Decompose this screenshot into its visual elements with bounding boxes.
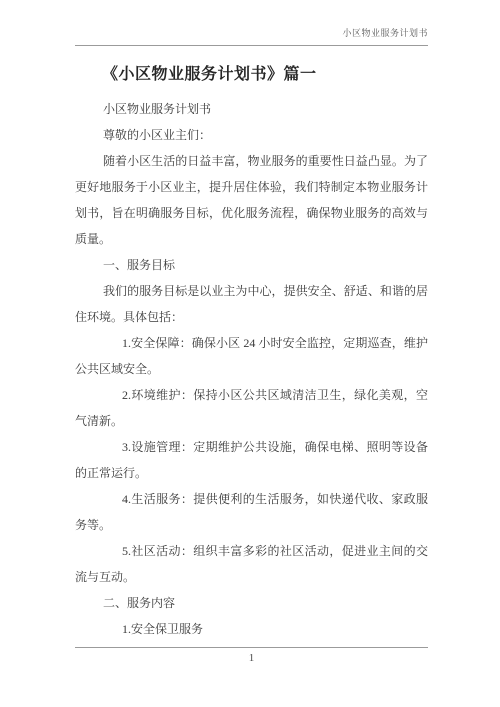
paragraph: 1.安全保障：确保小区 24 小时安全监控，定期巡查，维护公共区域安全。 (75, 330, 428, 382)
paragraph: 随着小区生活的日益丰富，物业服务的重要性日益凸显。为了更好地服务于小区业主，提升… (75, 148, 428, 252)
paragraph: 3.设施管理：定期维护公共设施，确保电梯、照明等设备的正常运行。 (75, 434, 428, 486)
page-number: 1 (75, 652, 428, 664)
paragraph: 5.社区活动：组织丰富多彩的社区活动，促进业主间的交流与互动。 (75, 538, 428, 590)
paragraph: 1.安全保卫服务 (75, 616, 428, 642)
paragraph: 我们的服务目标是以业主为中心，提供安全、舒适、和谐的居住环境。具体包括： (75, 278, 428, 330)
paragraph: 尊敬的小区业主们： (75, 122, 428, 148)
document-page: 小区物业服务计划书 《小区物业服务计划书》篇一 小区物业服务计划书尊敬的小区业主… (0, 0, 500, 707)
paragraph: 二、服务内容 (75, 590, 428, 616)
document-title: 《小区物业服务计划书》篇一 (102, 61, 317, 84)
paragraph: 4.生活服务：提供便利的生活服务，如快递代收、家政服务等。 (75, 486, 428, 538)
paragraph: 2.环境维护：保持小区公共区域清洁卫生，绿化美观，空气清新。 (75, 382, 428, 434)
document-body: 小区物业服务计划书尊敬的小区业主们：随着小区生活的日益丰富，物业服务的重要性日益… (75, 96, 428, 642)
page-header-running-title: 小区物业服务计划书 (75, 26, 428, 46)
footer-divider (75, 647, 428, 648)
paragraph: 一、服务目标 (75, 252, 428, 278)
paragraph: 小区物业服务计划书 (75, 96, 428, 122)
